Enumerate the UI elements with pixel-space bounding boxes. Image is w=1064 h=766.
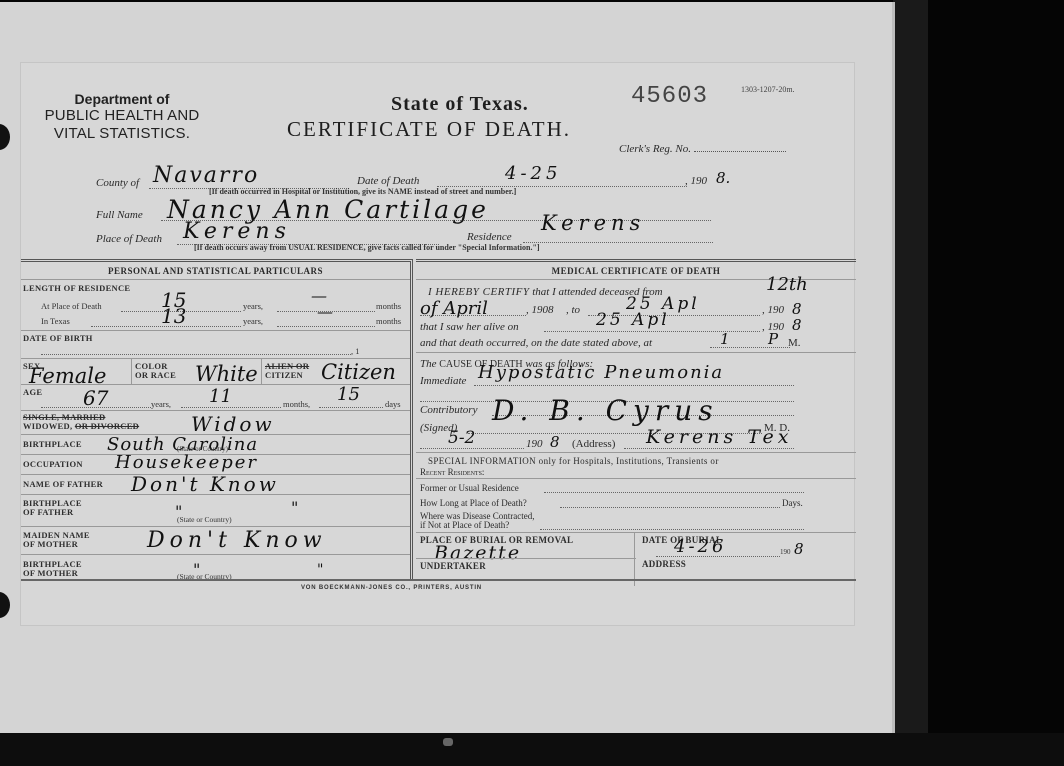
date-of-birth-suffix: , 1 [351,346,360,356]
burial-address-label: ADDRESS [642,560,686,569]
death-ampm: P [768,330,778,348]
contributory-label: Contributory [420,404,477,416]
how-long-line [560,499,780,508]
in-texas-months: — [317,302,333,321]
father-name-label: NAME OF FATHER [23,480,103,489]
contracted-label-2: if Not at Place of Death? [420,520,509,530]
father-birthplace-label-2: OF FATHER [23,508,73,517]
special-heading-2: Recent Residents: [420,467,484,477]
full-name-label: Full Name [96,209,143,221]
father-birthplace-value-2: " [291,498,298,517]
form-number: 1303-1207-20m. [741,85,795,94]
mother-birthplace-label-2: OF MOTHER [23,569,78,578]
color-label-2: OR RACE [135,371,176,380]
age-years: 67 [83,386,108,410]
rule [21,410,410,411]
scan-dust-fleck [443,738,453,746]
how-long-label: How Long at Place of Death? [420,498,527,508]
date-of-death-value: 4-25 [505,163,561,184]
department-line-1: Department of [33,91,211,107]
months-word-2: months [376,316,401,326]
death-hour: 1 [720,330,730,348]
date-of-birth-label: DATE OF BIRTH [23,334,93,343]
punch-hole-top [0,124,10,150]
personal-particulars-section: PERSONAL AND STATISTICAL PARTICULARS LEN… [21,259,413,581]
former-residence-label: Former or Usual Residence [420,483,519,493]
rule [131,358,132,384]
signed-value: D. B. Cyrus [492,394,719,427]
rule [21,330,410,331]
clerk-reg-label: Clerk's Reg. No. [619,143,691,155]
department-line-3: VITAL STATISTICS. [33,125,211,143]
saw-alive-text: that I saw her alive on [420,321,519,333]
saw-alive-year: 8 [792,316,802,334]
undertaker-label: UNDERTAKER [420,562,486,571]
mother-birthplace-value-2: " [317,562,323,578]
citizen-value: Citizen [321,360,396,384]
in-texas-years: 13 [161,304,186,328]
death-year-prefix: , 190 [685,175,707,187]
certify-lead: I HEREBY CERTIFY [428,286,530,298]
marital-divorced: OR DIVORCED [75,421,139,431]
county-value: Navarro [153,163,259,188]
saw-alive-value: 25 Apl [596,310,670,330]
age-label: AGE [23,388,42,397]
signed-date: 5-2 [448,428,475,448]
scan-bottom-edge [0,733,1064,766]
place-of-death-value: Kerens [183,219,291,244]
date-of-death-line [437,173,687,187]
rule [416,478,856,479]
bottom-rule [21,579,856,581]
state-heading: State of Texas. [391,93,529,116]
m-suffix: M. [788,337,801,349]
burial-year: 8 [794,540,804,558]
immediate-value: Hypostatic Pneumonia [478,362,724,383]
citizen-label: CITIZEN [265,371,303,380]
months-comma: months, [283,399,310,409]
certificate-title: CERTIFICATE OF DEATH. [287,117,571,142]
months-word: months [376,301,401,311]
department-block: Department of PUBLIC HEALTH AND VITAL ST… [33,91,211,143]
scan-mount-sheet: Department of PUBLIC HEALTH AND VITAL ST… [0,2,895,734]
clerk-reg-line [694,151,786,152]
rule [416,452,856,453]
residence-value: Kerens [541,211,645,235]
immediate-label: Immediate [420,375,466,387]
marital-widowed: WIDOWED, [23,421,72,431]
at-place-label: At Place of Death [41,301,102,311]
printer-imprint: VON BOECKMANN-JONES CO., PRINTERS, AUSTI… [301,585,482,591]
medical-certificate-section: MEDICAL CERTIFICATE OF DEATH I HEREBY CE… [416,259,856,581]
birthplace-label: BIRTHPLACE [23,440,82,449]
days-word: days [385,399,401,409]
attended-from-line [420,306,526,316]
personal-section-title: PERSONAL AND STATISTICAL PARTICULARS [21,266,410,276]
age-days: 15 [337,384,360,405]
residence-note: [If death occurs away from USUAL RESIDEN… [194,243,540,252]
rule [21,554,410,555]
address-label-medical: (Address) [572,438,615,450]
year-1908: , 1908 [526,304,554,316]
date-of-death-label: Date of Death [357,175,419,187]
certificate-number: 45603 [631,83,708,110]
former-residence-line [544,484,804,493]
special-heading-1: SPECIAL INFORMATION only for Hospitals, … [428,456,719,466]
rule [634,532,635,586]
occupation-value: Housekeeper [115,452,258,473]
residence-label: Residence [467,231,512,243]
years-word-3: years, [151,399,171,409]
place-of-death-label: Place of Death [96,233,162,245]
death-certificate: Department of PUBLIC HEALTH AND VITAL ST… [20,62,855,626]
rule [21,526,410,527]
years-word-2: years, [243,316,263,326]
scan-edge-shadow [893,0,928,735]
father-state-country: (State or Country) [177,515,232,524]
punch-hole-bottom [0,592,10,618]
medical-address-value: Kerens Tex [646,426,792,448]
marital-value: Widow [191,412,275,436]
to-word: , to [566,304,580,316]
rule [416,352,856,353]
rule [21,279,410,280]
father-name-value: Don't Know [131,472,279,496]
signed-year-prefix: 190 [526,438,543,450]
years-word: years, [243,301,263,311]
occupation-label: OCCUPATION [23,460,83,469]
rule [21,494,410,495]
age-months: 11 [209,386,232,407]
signed-year: 8 [550,433,560,451]
burial-date-value: 4-26 [674,536,726,557]
attended-from-day: 12th [766,274,808,295]
contracted-line [540,521,804,530]
cause-prefix: The [420,358,437,370]
rule [261,358,262,384]
rule [416,558,636,559]
county-label: County of [96,177,139,189]
mother-maiden-label-2: OF MOTHER [23,540,78,549]
length-of-residence-label: LENGTH OF RESIDENCE [23,284,130,293]
date-of-birth-line [41,345,351,355]
marital-label-2: WIDOWED, OR DIVORCED [23,422,139,431]
in-texas-label: In Texas [41,316,70,326]
rule [21,358,410,359]
death-year-value: 8. [716,169,730,187]
color-value: White [195,362,258,386]
days-label: Days. [782,498,803,508]
attended-year-prefix: , 190 [762,304,784,316]
department-line-2: PUBLIC HEALTH AND [33,107,211,125]
rule [416,532,856,533]
clerk-reg-no: Clerk's Reg. No. [619,143,786,155]
death-occurred-text: and that death occurred, on the date sta… [420,337,652,349]
burial-year-prefix: 190 [780,548,791,556]
mother-maiden-value: Don't Know [147,528,327,553]
